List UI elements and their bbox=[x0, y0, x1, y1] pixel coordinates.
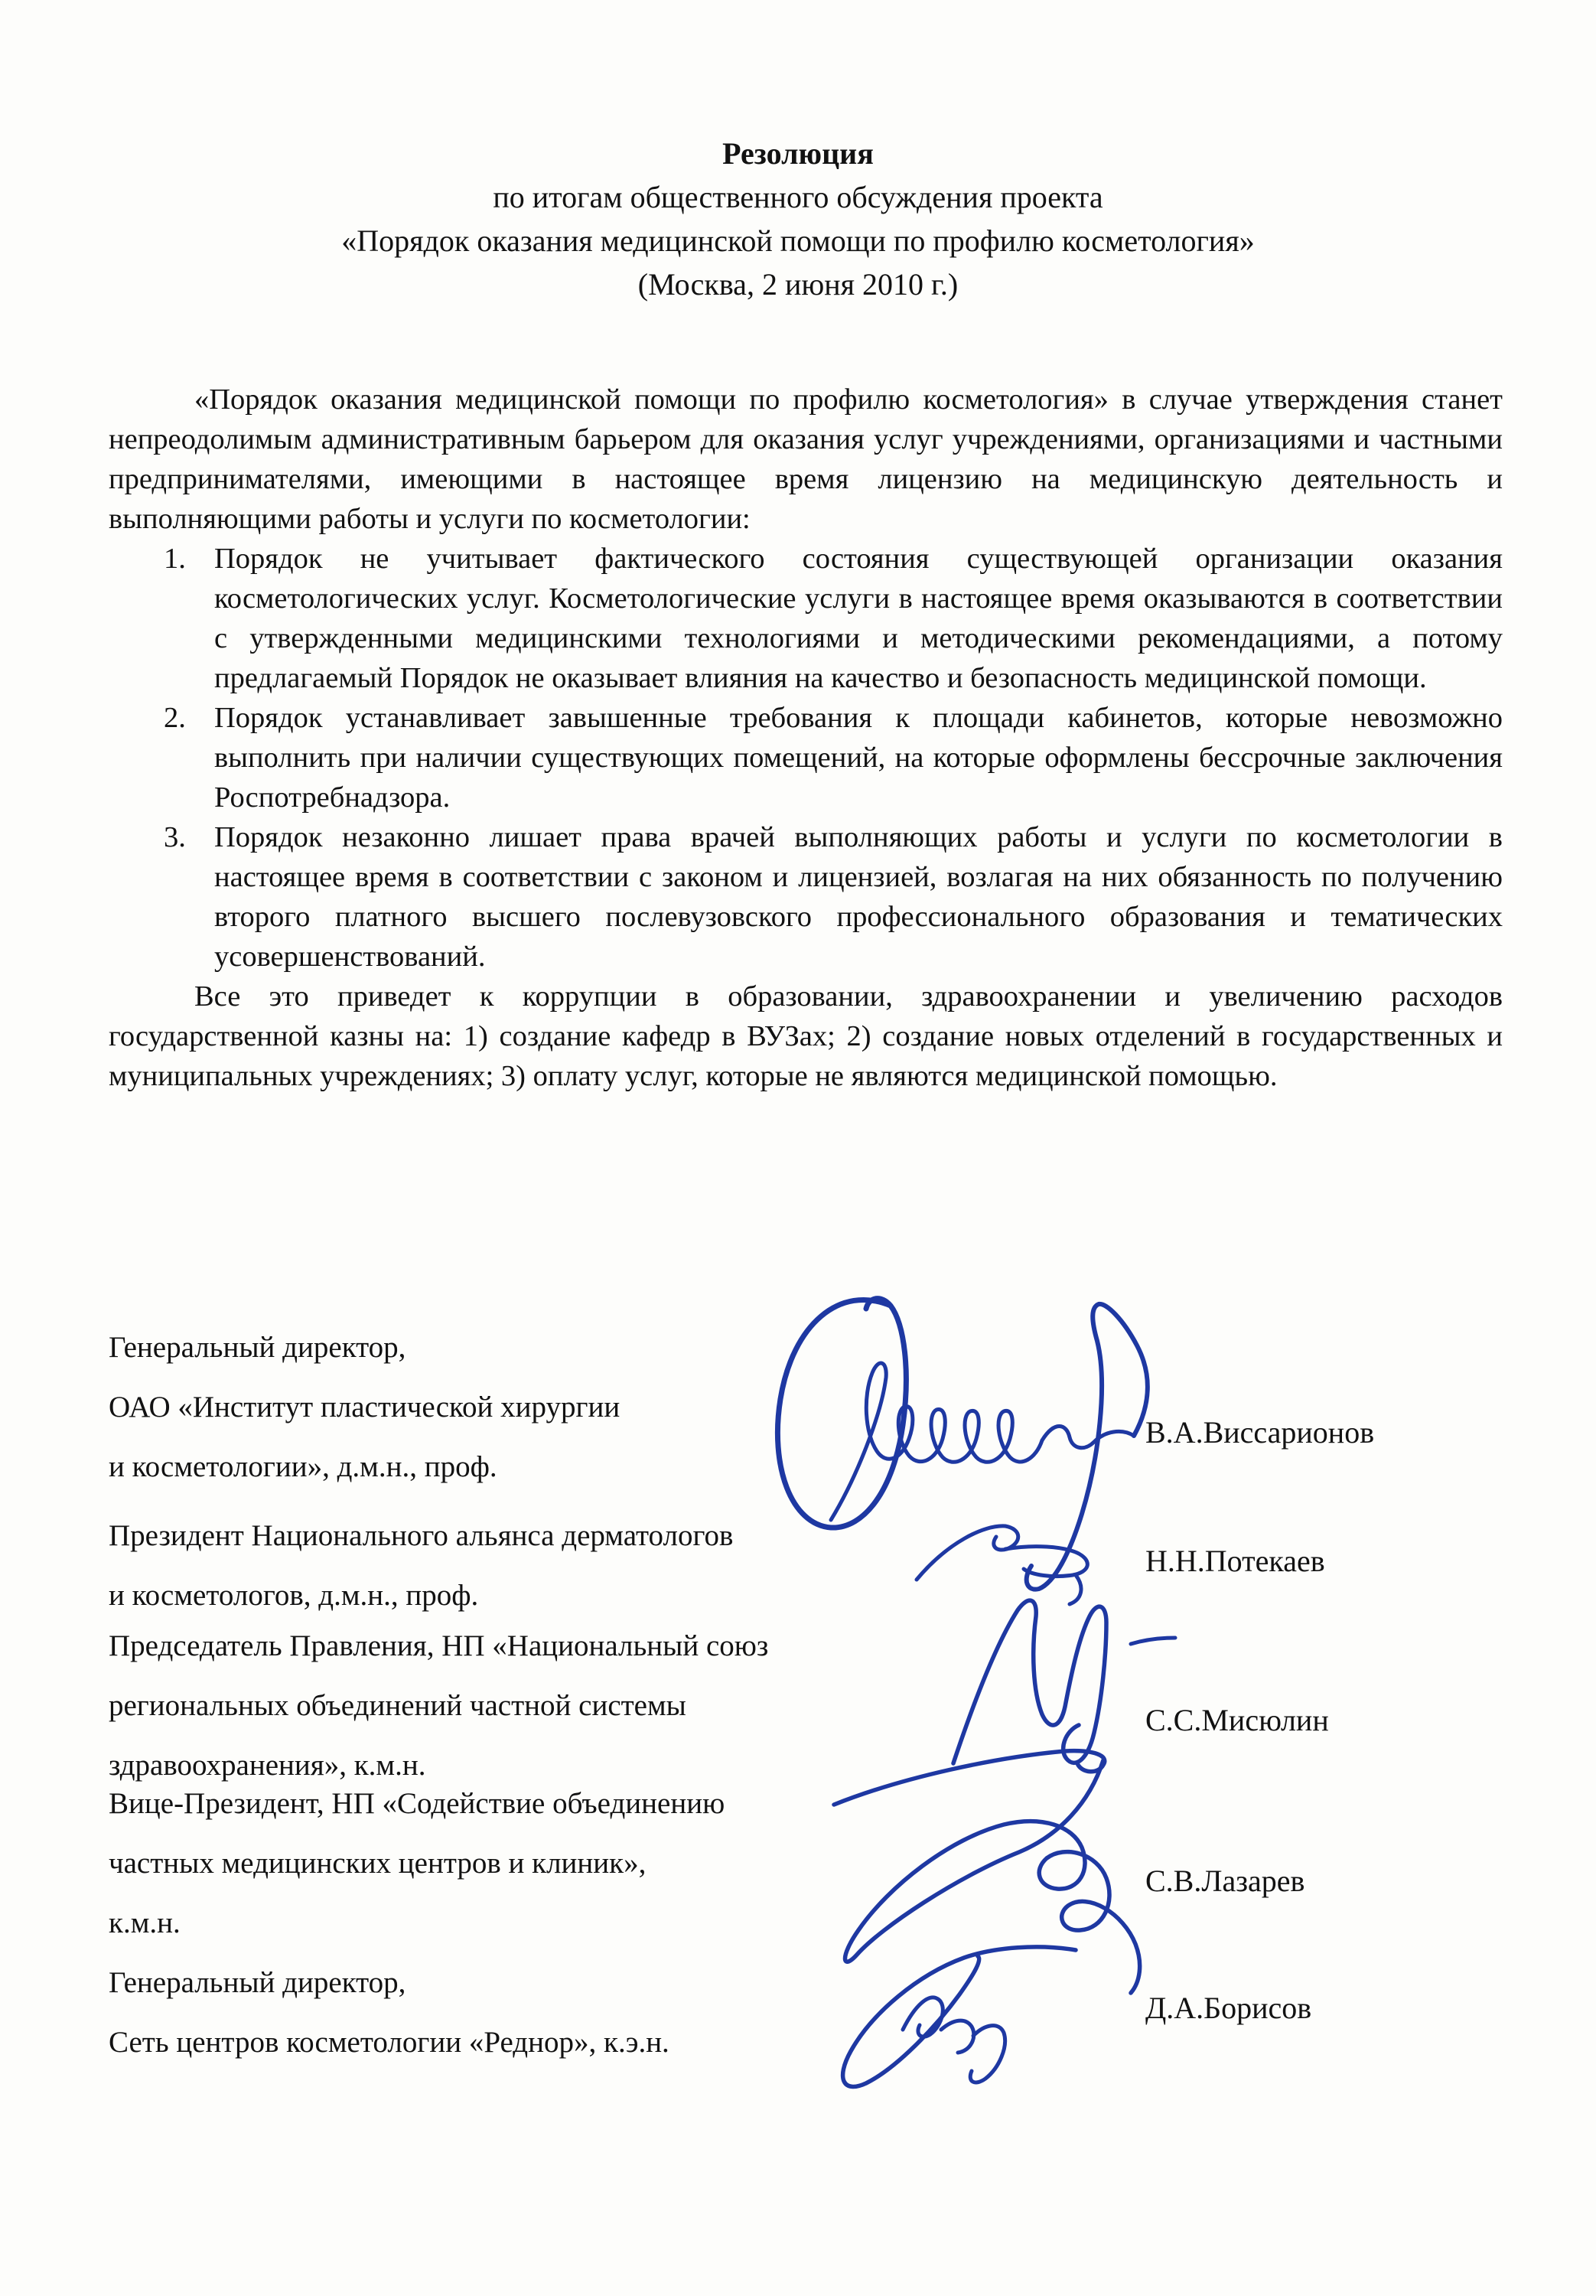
signatory-title-block: Президент Национального альянса дерматол… bbox=[109, 1506, 1596, 1626]
document-header: Резолюция по итогам общественного обсужд… bbox=[0, 0, 1596, 306]
item-number: 2. bbox=[164, 698, 186, 738]
list-item-2: 2. Порядок устанавливает завышенные треб… bbox=[109, 698, 1503, 817]
signatory-title-line: Сеть центров косметологии «Реднор», к.э.… bbox=[109, 2013, 1596, 2073]
list-item-1: 1. Порядок не учитывает фактического сос… bbox=[109, 539, 1503, 698]
signatory-title-line: региональных объединений частной системы bbox=[109, 1676, 1596, 1736]
signatory-title-line: частных медицинских центров и клиник», bbox=[109, 1834, 1596, 1893]
signatory-row-3: Председатель Правления, НП «Национальный… bbox=[109, 1616, 1596, 1795]
signatory-row-4: Вице-Президент, НП «Содействие объединен… bbox=[109, 1774, 1596, 1953]
signatory-row-1: Генеральный директор, ОАО «Институт плас… bbox=[109, 1318, 1596, 1497]
signatory-row-2: Президент Национального альянса дерматол… bbox=[109, 1506, 1596, 1626]
subtitle-line-1: по итогам общественного обсуждения проек… bbox=[0, 175, 1596, 219]
item-text: Порядок устанавливает завышенные требова… bbox=[214, 702, 1503, 814]
signatory-title-block: Председатель Правления, НП «Национальный… bbox=[109, 1616, 1596, 1795]
signatory-title-line: Генеральный директор, bbox=[109, 1953, 1596, 2013]
signatory-title-block: Вице-Президент, НП «Содействие объединен… bbox=[109, 1774, 1596, 1953]
signatory-title-line: к.м.н. bbox=[109, 1893, 1596, 1953]
signatory-title-line: Генеральный директор, bbox=[109, 1318, 1596, 1378]
signatory-title-block: Генеральный директор, ОАО «Институт плас… bbox=[109, 1318, 1596, 1497]
item-number: 1. bbox=[164, 539, 186, 579]
signatory-title-line: Президент Национального альянса дерматол… bbox=[109, 1506, 1596, 1566]
numbered-list: 1. Порядок не учитывает фактического сос… bbox=[109, 539, 1503, 977]
signatory-row-5: Генеральный директор, Сеть центров косме… bbox=[109, 1953, 1596, 2073]
document-body: «Порядок оказания медицинской помощи по … bbox=[109, 380, 1503, 1096]
signatory-name: С.В.Лазарев bbox=[1145, 1863, 1304, 1899]
item-text: Порядок незаконно лишает права врачей вы… bbox=[214, 821, 1503, 973]
item-number: 3. bbox=[164, 817, 186, 857]
signatory-title-line: Вице-Президент, НП «Содействие объединен… bbox=[109, 1774, 1596, 1834]
signatory-title-block: Генеральный директор, Сеть центров косме… bbox=[109, 1953, 1596, 2073]
scanned-document-page: Резолюция по итогам общественного обсужд… bbox=[0, 0, 1596, 2296]
signatory-name: С.С.Мисюлин bbox=[1145, 1702, 1329, 1738]
signatory-name: Н.Н.Потекаев bbox=[1145, 1543, 1325, 1579]
subtitle-line-2: «Порядок оказания медицинской помощи по … bbox=[0, 219, 1596, 263]
document-title: Резолюция bbox=[0, 132, 1596, 175]
signatory-title-line: Председатель Правления, НП «Национальный… bbox=[109, 1616, 1596, 1676]
signatory-name: В.А.Виссарионов bbox=[1145, 1414, 1374, 1450]
subtitle-line-3: (Москва, 2 июня 2010 г.) bbox=[0, 263, 1596, 306]
list-item-3: 3. Порядок незаконно лишает права врачей… bbox=[109, 817, 1503, 977]
closing-paragraph: Все это приведет к коррупции в образован… bbox=[109, 977, 1503, 1096]
signatory-name: Д.А.Борисов bbox=[1145, 1990, 1311, 2026]
intro-paragraph: «Порядок оказания медицинской помощи по … bbox=[109, 380, 1503, 539]
item-text: Порядок не учитывает фактического состоя… bbox=[214, 543, 1503, 694]
